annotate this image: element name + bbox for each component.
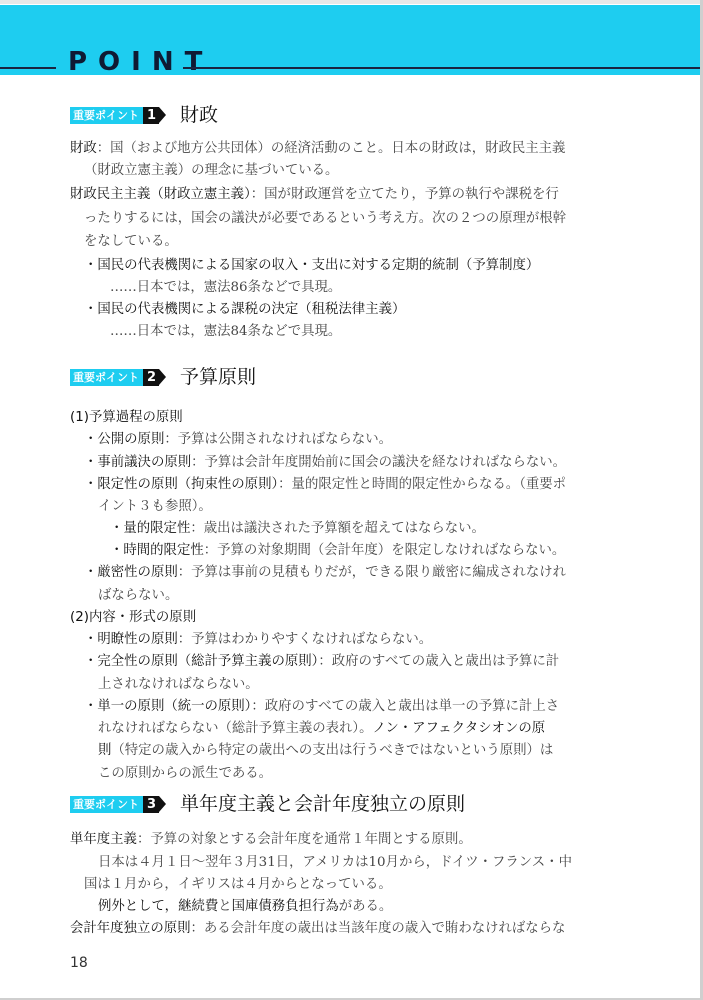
text-line: ・事前議決の原則：予算は会計年度開始前に国会の議決を経なければならない。 (84, 453, 566, 473)
header-rule-left (0, 67, 56, 69)
body-text: ：量的限定性と時間的限定性からなる。（重要ポ (278, 477, 566, 492)
text-line: 財政：国（および地方公共団体）の経済活動のこと。日本の財政は，財政民主主義 (70, 139, 565, 159)
body-text: 国は１月から，イギリスは４月からとなっている。 (84, 877, 392, 892)
text-line: ばならない。 (98, 586, 178, 606)
text-line: (1)予算過程の原則 (70, 408, 183, 428)
body-text: この原則からの派生である。 (98, 766, 272, 781)
text-line: れなければならない（総計予算主義の表れ）。ノン・アフェクタシオンの原 (98, 719, 545, 739)
body-text: と (218, 899, 231, 914)
bold-term: ・公開の原則 (84, 432, 164, 447)
text-line: 国は１月から，イギリスは４月からとなっている。 (84, 875, 392, 895)
bold-term: 会計年度独立の原則 (70, 921, 191, 936)
body-text: ：予算は公開されなければならない。 (164, 432, 392, 447)
bold-term: (2)内容・形式の原則 (70, 610, 196, 625)
bold-term: ・時間的限定性 (110, 543, 204, 558)
body-text: ：予算の対象期間（会計年度）を限定しなければならない。 (204, 543, 566, 558)
page-edge-top (0, 0, 703, 4)
bold-term: ノン・アフェクタシオンの原 (373, 721, 546, 736)
text-line: ……日本では，憲法86条などで具現。 (110, 278, 341, 298)
bold-term: ・量的限定性 (110, 521, 190, 536)
text-line: ・国民の代表機関による課税の決定（租税法律主義） (84, 300, 405, 320)
key-point-badge: 重要ポイント3 (70, 796, 166, 813)
text-line: ・時間的限定性：予算の対象期間（会計年度）を限定しなければならない。 (110, 541, 565, 561)
text-line: ・単一の原則（統一の原則）：政府のすべての歳入と歳出は単一の予算に計上さ (84, 697, 559, 717)
header-title: POINT (68, 47, 213, 77)
body-text: ……日本では，憲法84条などで具現。 (110, 324, 341, 339)
header-rule-right (183, 67, 701, 69)
body-text: ：政府のすべての歳入と歳出は単一の予算に計上さ (251, 699, 559, 714)
bold-term: 則 (98, 743, 111, 758)
text-line: ……日本では，憲法84条などで具現。 (110, 322, 341, 342)
text-line: ・公開の原則：予算は公開されなければならない。 (84, 430, 392, 450)
text-line: 単年度主義：予算の対象とする会計年度を通常１年間とする原則。 (70, 830, 472, 850)
text-line: ・限定性の原則（拘束性の原則）：量的限定性と時間的限定性からなる。（重要ポ (84, 475, 566, 495)
page-number: 18 (70, 955, 88, 971)
bold-term: 財政民主主義（財政立憲主義） (70, 187, 251, 202)
section-title: 単年度主義と会計年度独立の原則 (180, 793, 465, 815)
body-text: ：予算は事前の見積もりだが，できる限り厳密に編成されなけれ (178, 565, 566, 580)
badge-arrow-icon (159, 369, 166, 385)
key-point-badge: 重要ポイント1 (70, 107, 166, 124)
bold-term: ・明瞭性の原則 (84, 632, 178, 647)
body-text: ：予算はわかりやすくなければならない。 (178, 632, 432, 647)
bold-term: ・国民の代表機関による課税の決定（租税法律主義） (84, 302, 405, 317)
bold-term: ・国民の代表機関による国家の収入・支出に対する定期的統制（予算制度） (84, 258, 539, 273)
body-text: れなければならない（総計予算主義の表れ）。 (98, 721, 373, 736)
body-text: 日本は４月１日～翌年３月31日，アメリカは10月から，ドイツ・フランス・中 (98, 855, 572, 870)
body-text: ：国（および地方公共団体）の経済活動のこと。日本の財政は，財政民主主義 (97, 141, 566, 156)
bold-term: 国庫債務負担行為 (232, 899, 339, 914)
text-line: 上されなければならない。 (98, 675, 259, 695)
badge-label: 重要ポイント (70, 369, 143, 386)
section-title: 予算原則 (180, 366, 256, 388)
body-text: 上されなければならない。 (98, 677, 259, 692)
bold-term: 財政 (70, 141, 97, 156)
body-text: ったりするには，国会の議決が必要であるという考え方。次の２つの原理が根幹 (84, 211, 566, 226)
badge-number: 3 (143, 796, 159, 813)
body-text: イント３も参照）。 (98, 499, 212, 514)
text-line: 則（特定の歳入から特定の歳出への支出は行うべきではないという原則）は (98, 741, 553, 761)
body-text: ：政府のすべての歳入と歳出は予算に計 (318, 654, 559, 669)
bold-term: 例外として，継続費 (98, 899, 218, 914)
body-text: をなしている。 (84, 234, 178, 249)
text-line: ったりするには，国会の議決が必要であるという考え方。次の２つの原理が根幹 (84, 209, 566, 229)
text-line: 会計年度独立の原則：ある会計年度の歳出は当該年度の歳入で賄わなければならな (70, 919, 565, 939)
bold-term: (1)予算過程の原則 (70, 410, 183, 425)
text-line: ・量的限定性：歳出は議決された予算額を超えてはならない。 (110, 519, 485, 539)
body-text: （特定の歳入から特定の歳出への支出は行うべきではないという原則）は (111, 743, 553, 758)
text-line: ・明瞭性の原則：予算はわかりやすくなければならない。 (84, 630, 432, 650)
badge-arrow-icon (159, 107, 166, 123)
key-point-badge: 重要ポイント2 (70, 369, 166, 386)
badge-arrow-icon (159, 796, 166, 812)
bold-term: ・完全性の原則（総計予算主義の原則） (84, 654, 318, 669)
bold-term: ・厳密性の原則 (84, 565, 178, 580)
body-text: ……日本では，憲法86条などで具現。 (110, 280, 341, 295)
text-line: (2)内容・形式の原則 (70, 608, 196, 628)
body-text: ：予算は会計年度開始前に国会の議決を経なければならない。 (191, 455, 566, 470)
text-line: この原則からの派生である。 (98, 764, 272, 784)
bold-term: 単年度主義 (70, 832, 137, 847)
bold-term: ・事前議決の原則 (84, 455, 191, 470)
text-line: ・完全性の原則（総計予算主義の原則）：政府のすべての歳入と歳出は予算に計 (84, 652, 559, 672)
section-heading-3: 重要ポイント3単年度主義と会計年度独立の原則 (70, 793, 465, 815)
text-line: 日本は４月１日～翌年３月31日，アメリカは10月から，ドイツ・フランス・中 (98, 853, 572, 873)
text-line: 財政民主主義（財政立憲主義）：国が財政運営を立てたり，予算の執行や課税を行 (70, 185, 559, 205)
body-text: （財政立憲主義）の理念に基づいている。 (84, 163, 338, 178)
bold-term: ・単一の原則（統一の原則） (84, 699, 251, 714)
text-line: ・厳密性の原則：予算は事前の見積もりだが，できる限り厳密に編成されなけれ (84, 563, 566, 583)
section-title: 財政 (180, 104, 218, 126)
badge-label: 重要ポイント (70, 107, 143, 124)
body-text: がある。 (339, 899, 393, 914)
body-text: ：予算の対象とする会計年度を通常１年間とする原則。 (137, 832, 472, 847)
body-text: ばならない。 (98, 588, 178, 603)
body-text: ：国が財政運営を立てたり，予算の執行や課税を行 (251, 187, 559, 202)
body-text: ：歳出は議決された予算額を超えてはならない。 (190, 521, 485, 536)
body-text: ：ある会計年度の歳出は当該年度の歳入で賄わなければならな (191, 921, 566, 936)
text-line: ・国民の代表機関による国家の収入・支出に対する定期的統制（予算制度） (84, 256, 539, 276)
text-line: をなしている。 (84, 232, 178, 252)
badge-number: 2 (143, 369, 159, 386)
section-heading-2: 重要ポイント2予算原則 (70, 366, 256, 388)
bold-term: ・限定性の原則（拘束性の原則） (84, 477, 278, 492)
text-line: 例外として，継続費と国庫債務負担行為がある。 (98, 897, 392, 917)
text-line: （財政立憲主義）の理念に基づいている。 (84, 161, 338, 181)
badge-number: 1 (143, 107, 159, 124)
text-line: イント３も参照）。 (98, 497, 212, 517)
badge-label: 重要ポイント (70, 796, 143, 813)
section-heading-1: 重要ポイント1財政 (70, 104, 218, 126)
header-band: POINT (0, 5, 701, 75)
